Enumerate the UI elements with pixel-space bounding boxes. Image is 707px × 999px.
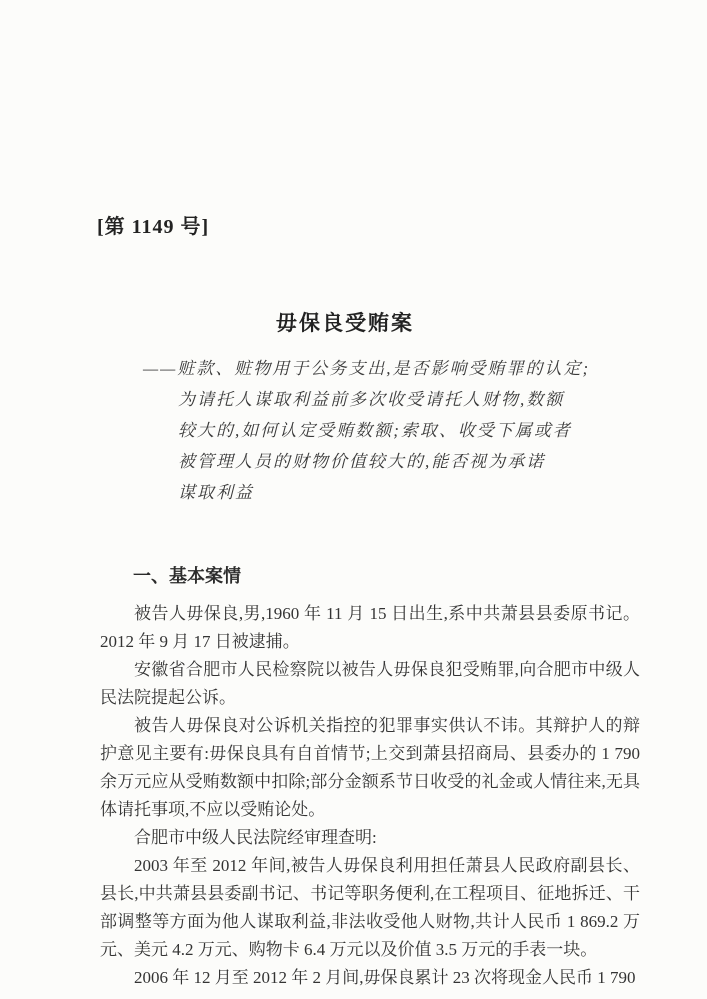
case-subtitle-line: 被管理人员的财物价值较大的,能否视为承诺 — [178, 446, 640, 477]
body-paragraph: 2003 年至 2012 年间,被告人毋保良利用担任萧县人民政府副县长、县长,中… — [100, 852, 640, 964]
case-subtitle-line: 谋取利益 — [178, 477, 640, 508]
body-paragraph: 被告人毋保良,男,1960 年 11 月 15 日出生,系中共萧县县委原书记。2… — [100, 600, 640, 656]
body-paragraph: 合肥市中级人民法院经审理查明: — [100, 824, 640, 852]
body-paragraph: 安徽省合肥市人民检察院以被告人毋保良犯受贿罪,向合肥市中级人民法院提起公诉。 — [100, 656, 640, 712]
doc-number: [第 1149 号] — [97, 216, 640, 239]
case-subtitle: ——赃款、赃物用于公务支出,是否影响受贿罪的认定; 为请托人谋取利益前多次收受请… — [178, 353, 640, 508]
body-text: 被告人毋保良,男,1960 年 11 月 15 日出生,系中共萧县县委原书记。2… — [100, 600, 640, 992]
case-subtitle-line: 较大的,如何认定受贿数额;索取、收受下属或者 — [178, 415, 640, 446]
body-paragraph: 2006 年 12 月至 2012 年 2 月间,毋保良累计 23 次将现金人民… — [100, 964, 640, 992]
section-heading: 一、基本案情 — [100, 564, 640, 588]
text-column: [第 1149 号] 毋保良受贿案 ——赃款、赃物用于公务支出,是否影响受贿罪的… — [100, 0, 640, 992]
case-subtitle-line: 为请托人谋取利益前多次收受请托人财物,数额 — [178, 384, 640, 415]
document-page: [第 1149 号] 毋保良受贿案 ——赃款、赃物用于公务支出,是否影响受贿罪的… — [0, 0, 707, 999]
body-paragraph: 被告人毋保良对公诉机关指控的犯罪事实供认不讳。其辩护人的辩护意见主要有:毋保良具… — [100, 712, 640, 824]
case-title: 毋保良受贿案 — [100, 311, 640, 335]
case-subtitle-line: ——赃款、赃物用于公务支出,是否影响受贿罪的认定; — [178, 353, 640, 384]
